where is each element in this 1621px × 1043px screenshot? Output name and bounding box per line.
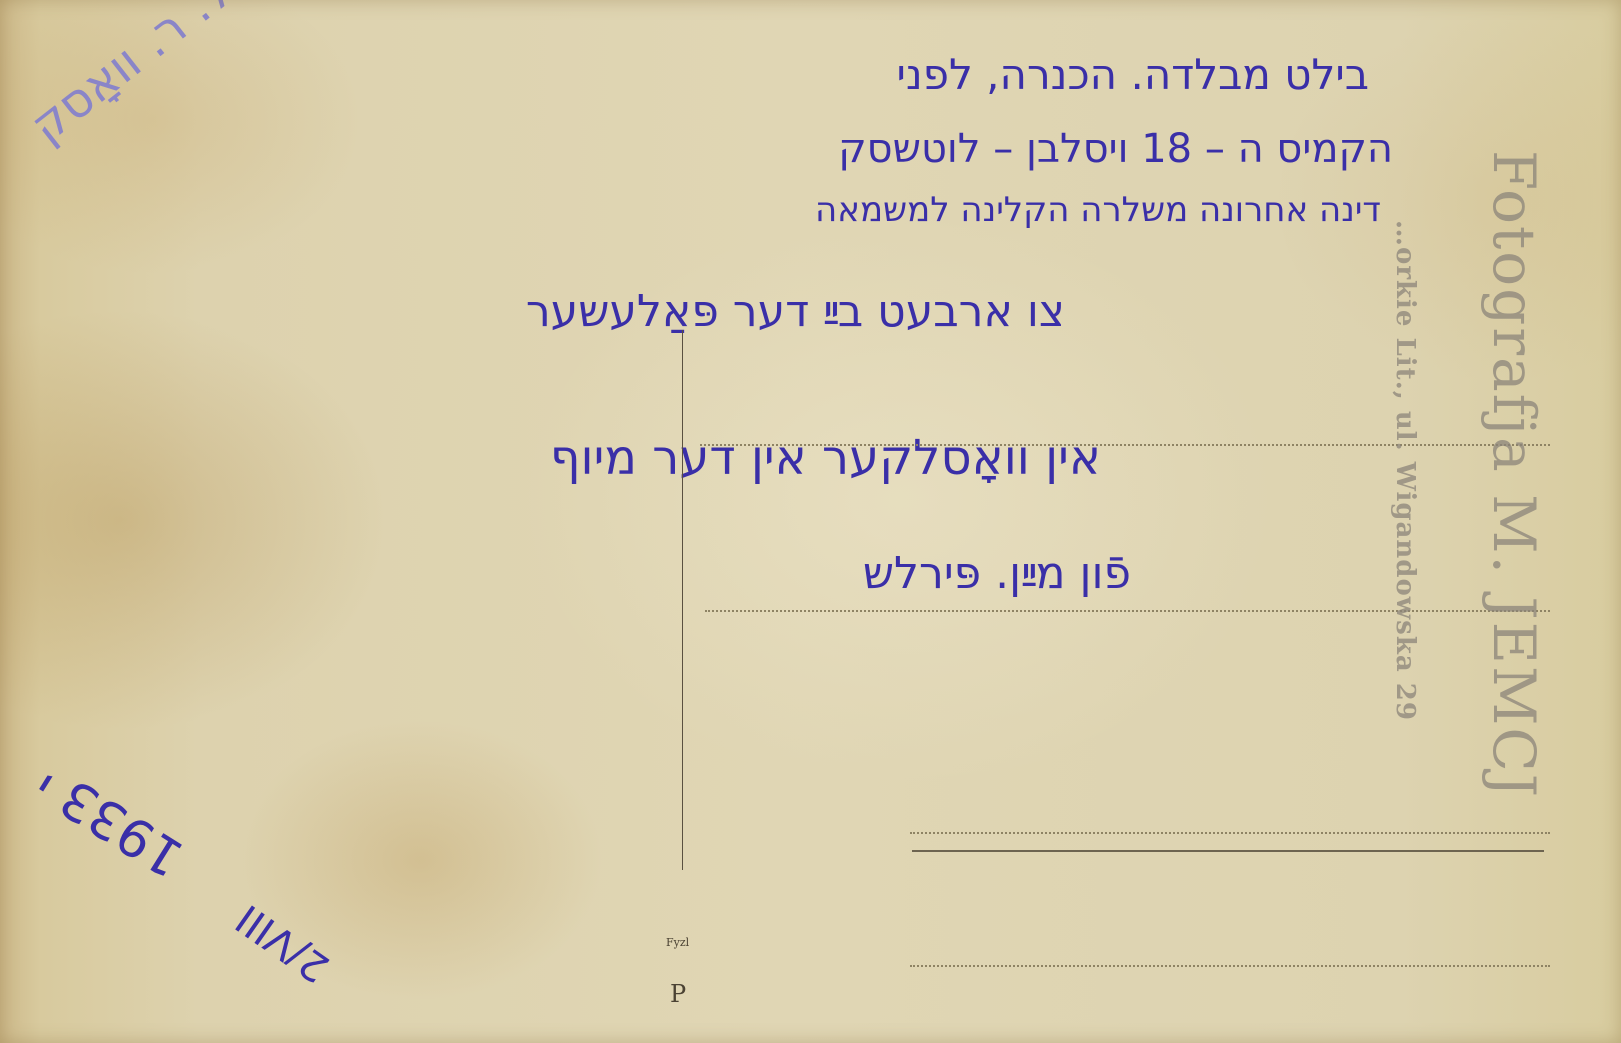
photographer-stamp-name: Fotografja M. JEMCJ [1480, 150, 1548, 799]
middle-line-3: פֿון מײַן. פּירלש [863, 548, 1131, 599]
corner-note-year: 1933 י [26, 752, 194, 888]
message-line-1: בילט מבלדה. הכנרה, לפני [897, 50, 1370, 99]
corner-note-top-left: ל. ר. וואָסק [20, 0, 243, 154]
message-line-3: דינה אחרונה משלרה הקלינה למשמאה [815, 190, 1381, 230]
address-dotline-1 [700, 444, 1550, 446]
address-solidline [912, 850, 1544, 852]
middle-line-2: אין וואָסלקער אין דער מיוף [550, 430, 1101, 486]
photographer-stamp-address: …orkie Lit., ul. Wigandowska 29 [1390, 220, 1420, 721]
postcard-back: בילט מבלדה. הכנרה, לפני הקמיס ה – 18 ויס… [0, 0, 1621, 1043]
address-dotline-3 [910, 832, 1550, 834]
address-dotline-2 [705, 610, 1550, 612]
message-line-2: הקמיס ה – 18 ויסלבן – לוטשסק [838, 126, 1393, 172]
address-dotline-4 [910, 965, 1550, 967]
corner-note-date: 2/VIII [228, 895, 338, 991]
middle-line-1: צו ארבעט בײַ דער פּאַלעשער [526, 286, 1065, 337]
print-letter: P [670, 980, 686, 1008]
printer-mark: Fyzl [666, 936, 689, 949]
address-divider [682, 330, 683, 870]
